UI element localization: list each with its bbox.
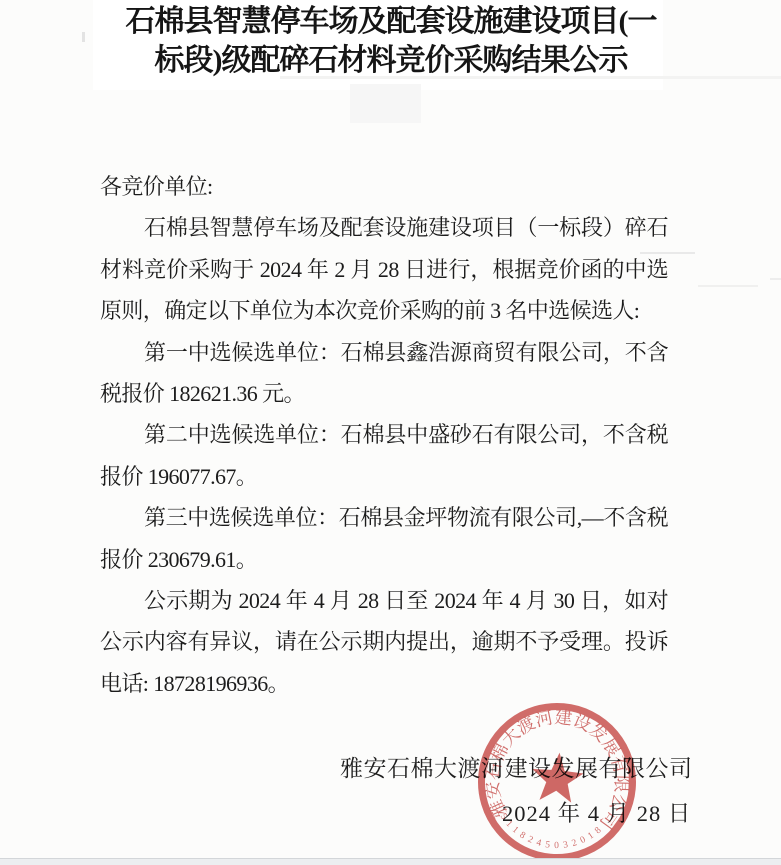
body-line: 报价 196077.67。 (100, 456, 668, 497)
salutation-line: 各竞价单位: (100, 166, 668, 207)
scanned-document-page: { "title": { "line1": "石棉县智慧停车场及配套设施建设项目… (0, 0, 781, 865)
body-line: 第三中选候选单位：石棉县金坪物流有限公司,—不含税 (100, 497, 668, 538)
body-line: 石棉县智慧停车场及配套设施建设项目（一标段）碎石 (100, 207, 668, 248)
scan-bottom-edge (0, 858, 781, 865)
official-seal: 雅安石棉大渡河建设发展有限公司 5118245032018 (475, 700, 639, 864)
scan-artifact-streak (770, 278, 781, 280)
body-line: 税报价 182621.36 元。 (100, 373, 668, 414)
body-line: 公示内容有异议，请在公示期内提出，逾期不予受理。投诉 (100, 621, 668, 662)
body-line: 第二中选候选单位：石棉县中盛砂石有限公司，不含税 (100, 414, 668, 455)
document-title-line-1: 石棉县智慧停车场及配套设施建设项目(一 (10, 2, 772, 41)
document-body: 各竞价单位: 石棉县智慧停车场及配套设施建设项目（一标段）碎石 材料竞价采购于 … (100, 166, 668, 704)
body-line: 第一中选候选单位：石棉县鑫浩源商贸有限公司，不含 (100, 332, 668, 373)
scan-artifact-streak (698, 285, 758, 287)
body-line: 电话: 18728196936。 (100, 663, 668, 704)
seal-star-icon (530, 750, 585, 803)
body-line: 公示期为 2024 年 4 月 28 日至 2024 年 4 月 30 日，如对 (100, 580, 668, 621)
body-line: 原则，确定以下单位为本次竞价采购的前 3 名中选候选人: (100, 290, 668, 331)
scan-artifact-box (350, 84, 421, 123)
body-line: 材料竞价采购于 2024 年 2 月 28 日进行，根据竞价函的中选 (100, 249, 668, 290)
document-title: 石棉县智慧停车场及配套设施建设项目(一 标段)级配碎石材料竞价采购结果公示 (10, 2, 772, 80)
scan-speckle (82, 32, 85, 42)
body-line: 报价 230679.61。 (100, 539, 668, 580)
document-title-line-2: 标段)级配碎石材料竞价采购结果公示 (10, 41, 772, 80)
